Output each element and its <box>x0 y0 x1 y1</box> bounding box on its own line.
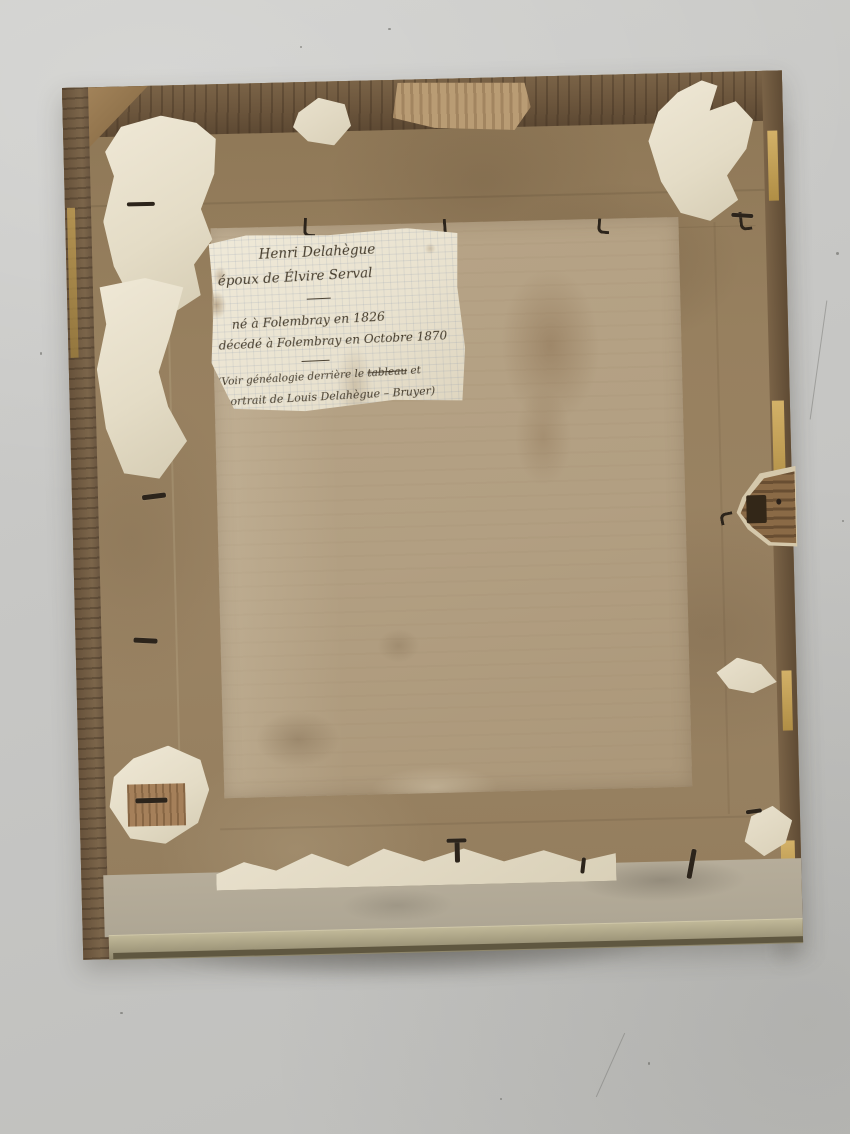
nail-right-hook <box>719 511 734 525</box>
frame-back: Henri Delahègue époux de Élvire Serval n… <box>62 70 803 959</box>
label-line-spouse: époux de Élvire Serval <box>217 265 372 290</box>
nail-bottom-left <box>135 798 167 804</box>
wall-speck <box>120 1012 123 1014</box>
nail-left-patch <box>127 202 155 207</box>
label-line-death: décédé à Folembray en Octobre 1870 <box>218 328 447 352</box>
note-struck-word: tableau <box>367 365 407 379</box>
exposed-wood-bottom-left <box>127 783 186 826</box>
nail-in-hole <box>776 499 781 505</box>
nail-top-3 <box>597 218 610 234</box>
label-line-name: Henri Delahègue <box>258 242 375 263</box>
handwritten-label: Henri Delahègue époux de Élvire Serval n… <box>206 226 468 417</box>
nail-top-1 <box>303 218 316 238</box>
label-line-birth: né à Folembray en 1826 <box>231 309 385 332</box>
label-dash-2 <box>302 360 330 362</box>
nail-left-2 <box>133 638 157 644</box>
gilded-edge-right <box>781 670 792 730</box>
hole-cavity <box>746 495 767 523</box>
note-suffix: et <box>407 364 421 377</box>
wall-speck <box>836 252 839 255</box>
wall-speck <box>842 520 844 522</box>
wall-speck <box>40 352 42 355</box>
wall-speck <box>648 1062 650 1065</box>
label-line-note-1: (Voir généalogie derrière le tableau et <box>217 364 421 388</box>
wall-speck <box>388 28 391 30</box>
wall-scratch <box>596 1033 625 1097</box>
label-dash-1 <box>307 298 331 300</box>
nail-bottom-t-bar <box>446 838 466 842</box>
photo-frame-back: Henri Delahègue époux de Élvire Serval n… <box>0 0 850 1134</box>
gilded-edge-right <box>767 131 779 201</box>
wall-speck <box>300 46 302 48</box>
note-prefix: (Voir généalogie derrière le <box>217 367 368 388</box>
wall-speck <box>500 1098 502 1100</box>
